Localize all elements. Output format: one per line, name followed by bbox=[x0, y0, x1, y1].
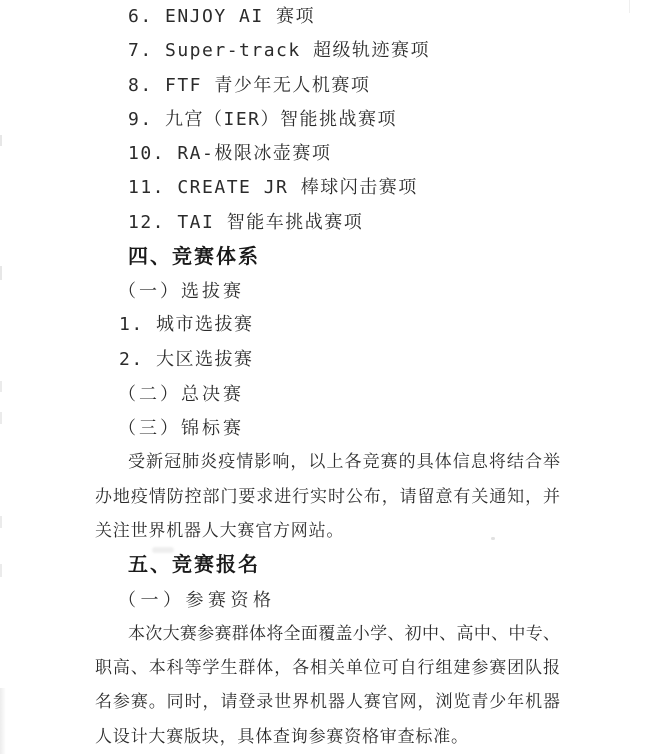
sub-heading-championship: （三）锦标赛 bbox=[0, 411, 647, 445]
sub-heading-eligibility: （一）参赛资格 bbox=[0, 583, 647, 617]
paragraph-line: 关注世界机器人大赛官方网站。 bbox=[0, 514, 647, 548]
selection-item: 1. 城市选拔赛 bbox=[0, 308, 647, 342]
event-list-item: 7. Super-track 超级轨迹赛项 bbox=[0, 34, 647, 68]
document-body: 6. ENJOY AI 赛项 7. Super-track 超级轨迹赛项 8. … bbox=[0, 0, 647, 754]
sub-heading-finals: （二）总决赛 bbox=[0, 377, 647, 411]
selection-item: 2. 大区选拔赛 bbox=[0, 343, 647, 377]
section-heading-competition-system: 四、竞赛体系 bbox=[0, 240, 647, 274]
event-list-item: 10. RA-极限冰壶赛项 bbox=[0, 137, 647, 171]
paragraph-line: 本次大赛参赛群体将全面覆盖小学、初中、高中、中专、 bbox=[0, 617, 647, 651]
paragraph-line: 人设计大赛版块，具体查询参赛资格审查标准。 bbox=[0, 720, 647, 754]
section-heading-registration: 五、竞赛报名 bbox=[0, 548, 647, 582]
paragraph-line: 办地疫情防控部门要求进行实时公布，请留意有关通知，并 bbox=[0, 480, 647, 514]
paragraph-line: 职高、本科等学生群体，各相关单位可自行组建参赛团队报 bbox=[0, 651, 647, 685]
sub-heading-selection: （一）选拔赛 bbox=[0, 274, 647, 308]
document-page: 6. ENJOY AI 赛项 7. Super-track 超级轨迹赛项 8. … bbox=[0, 0, 647, 754]
event-list-item: 6. ENJOY AI 赛项 bbox=[0, 0, 647, 34]
event-list-item: 12. TAI 智能车挑战赛项 bbox=[0, 206, 647, 240]
event-list-item: 9. 九宫（IER）智能挑战赛项 bbox=[0, 103, 647, 137]
event-list-item: 8. FTF 青少年无人机赛项 bbox=[0, 69, 647, 103]
paragraph-line: 名参赛。同时，请登录世界机器人赛官网，浏览青少年机器 bbox=[0, 685, 647, 719]
paragraph-line: 受新冠肺炎疫情影响，以上各竞赛的具体信息将结合举 bbox=[0, 445, 647, 479]
event-list-item: 11. CREATE JR 棒球闪击赛项 bbox=[0, 171, 647, 205]
